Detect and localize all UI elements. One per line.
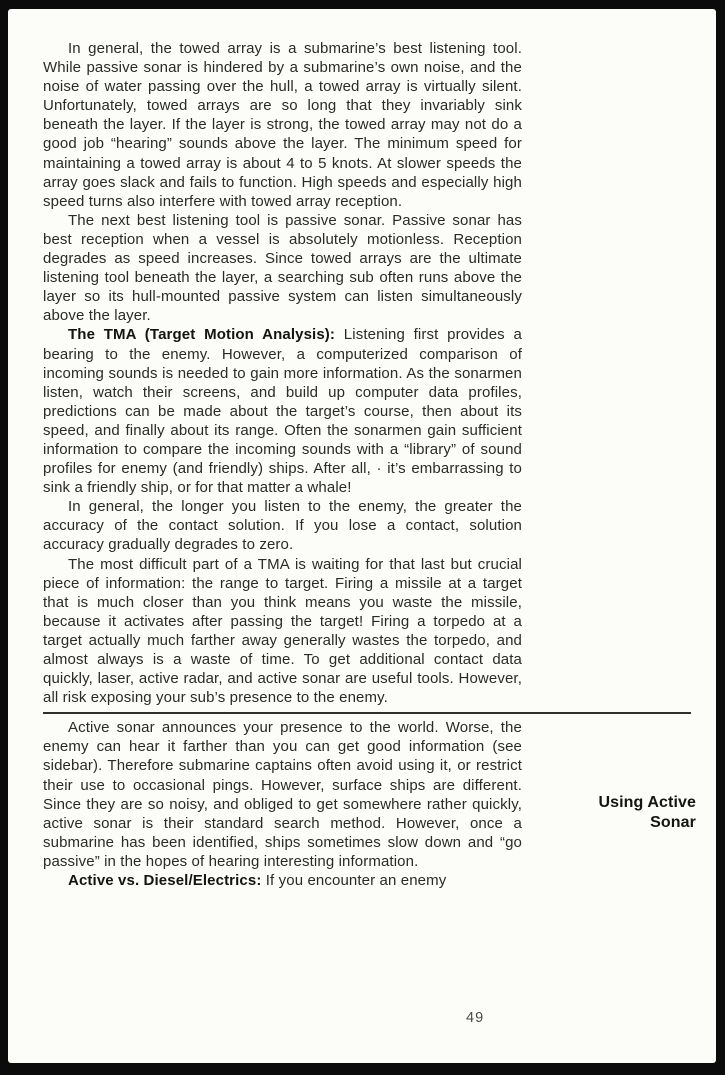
paragraph: In general, the towed array is a submari… — [43, 39, 522, 211]
scan-background: { "page": { "number": "49", "paper_color… — [0, 0, 725, 1075]
main-text-column: In general, the towed array is a submari… — [43, 39, 522, 890]
manual-page: In general, the towed array is a submari… — [8, 9, 716, 1063]
paragraph: Active vs. Diesel/Electrics: If you enco… — [43, 871, 522, 890]
paragraph-text: The next best listening tool is passive … — [43, 212, 522, 324]
paragraph: In general, the longer you listen to the… — [43, 497, 522, 554]
paragraph-text: In general, the towed array is a submari… — [43, 40, 522, 210]
paragraph-text: Active sonar announces your presence to … — [43, 719, 522, 870]
margin-heading-using-active-sonar: Using Active Sonar — [554, 793, 696, 832]
paragraph-lead-tma: The TMA (Target Motion Analysis): — [68, 326, 335, 343]
page-number: 49 — [466, 1010, 484, 1026]
paragraph-text: In general, the longer you listen to the… — [43, 498, 522, 553]
paragraph-text: Listening first provides a bearing to th… — [43, 326, 522, 496]
section-divider-rule — [43, 712, 691, 714]
paragraph: Active sonar announces your presence to … — [43, 718, 522, 871]
paragraph: The next best listening tool is passive … — [43, 211, 522, 326]
paragraph-text: The most difficult part of a TMA is wait… — [43, 556, 522, 707]
paragraph-lead-active-vs-diesel: Active vs. Diesel/Electrics: — [68, 872, 261, 889]
paragraph-text: If you encounter an enemy — [261, 872, 446, 889]
paragraph: The most difficult part of a TMA is wait… — [43, 555, 522, 708]
paragraph: The TMA (Target Motion Analysis): Listen… — [43, 325, 522, 497]
